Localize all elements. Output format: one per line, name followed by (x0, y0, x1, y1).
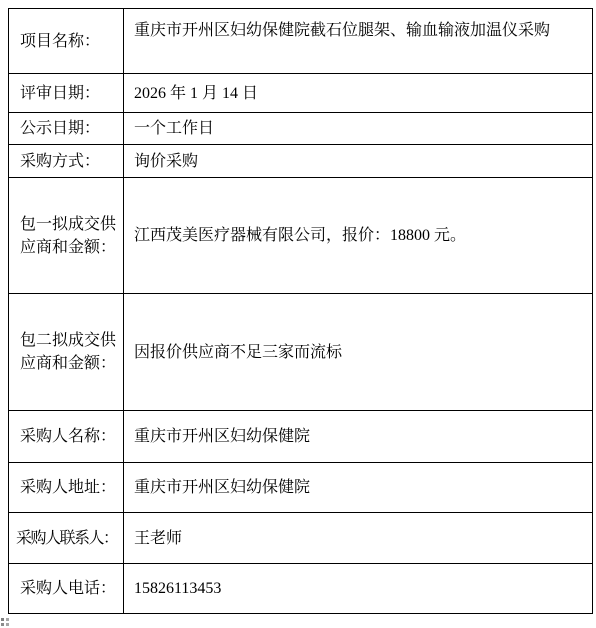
procurement-method-label: 采购方式： (9, 145, 124, 178)
package2-winner-value: 因报价供应商不足三家而流标 (124, 294, 593, 411)
table-row-project-name: 项目名称： 重庆市开州区妇幼保健院截石位腿架、输血输液加温仪采购 (9, 9, 593, 74)
project-name-label: 项目名称： (9, 9, 124, 74)
table-row-purchaser-name: 采购人名称： 重庆市开州区妇幼保健院 (9, 411, 593, 463)
procurement-result-table: 项目名称： 重庆市开州区妇幼保健院截石位腿架、输血输液加温仪采购 评审日期： 2… (8, 8, 593, 614)
table-row-purchaser-contact: 采购人联系人： 王老师 (9, 513, 593, 564)
purchaser-name-value: 重庆市开州区妇幼保健院 (124, 411, 593, 463)
purchaser-phone-label: 采购人电话： (9, 564, 124, 614)
package1-winner-value: 江西茂美医疗器械有限公司，报价：18800 元。 (124, 178, 593, 294)
page-corner-dots-artifact (1, 618, 4, 621)
review-date-value: 2026 年 1 月 14 日 (124, 74, 593, 113)
project-name-value: 重庆市开州区妇幼保健院截石位腿架、输血输液加温仪采购 (124, 9, 593, 74)
table-row-package2-winner: 包二拟成交供应商和金额： 因报价供应商不足三家而流标 (9, 294, 593, 411)
table-row-review-date: 评审日期： 2026 年 1 月 14 日 (9, 74, 593, 113)
package2-winner-label: 包二拟成交供应商和金额： (9, 294, 124, 411)
table-row-purchaser-phone: 采购人电话： 15826113453 (9, 564, 593, 614)
publicity-period-value: 一个工作日 (124, 113, 593, 145)
review-date-label: 评审日期： (9, 74, 124, 113)
table-row-package1-winner: 包一拟成交供应商和金额： 江西茂美医疗器械有限公司，报价：18800 元。 (9, 178, 593, 294)
package1-winner-label: 包一拟成交供应商和金额： (9, 178, 124, 294)
purchaser-address-value: 重庆市开州区妇幼保健院 (124, 463, 593, 513)
table-row-publicity-period: 公示日期： 一个工作日 (9, 113, 593, 145)
procurement-method-value: 询价采购 (124, 145, 593, 178)
purchaser-name-label: 采购人名称： (9, 411, 124, 463)
purchaser-phone-value: 15826113453 (124, 564, 593, 614)
purchaser-contact-label: 采购人联系人： (9, 513, 124, 564)
table-row-procurement-method: 采购方式： 询价采购 (9, 145, 593, 178)
purchaser-contact-value: 王老师 (124, 513, 593, 564)
table-row-purchaser-address: 采购人地址： 重庆市开州区妇幼保健院 (9, 463, 593, 513)
publicity-period-label: 公示日期： (9, 113, 124, 145)
purchaser-address-label: 采购人地址： (9, 463, 124, 513)
